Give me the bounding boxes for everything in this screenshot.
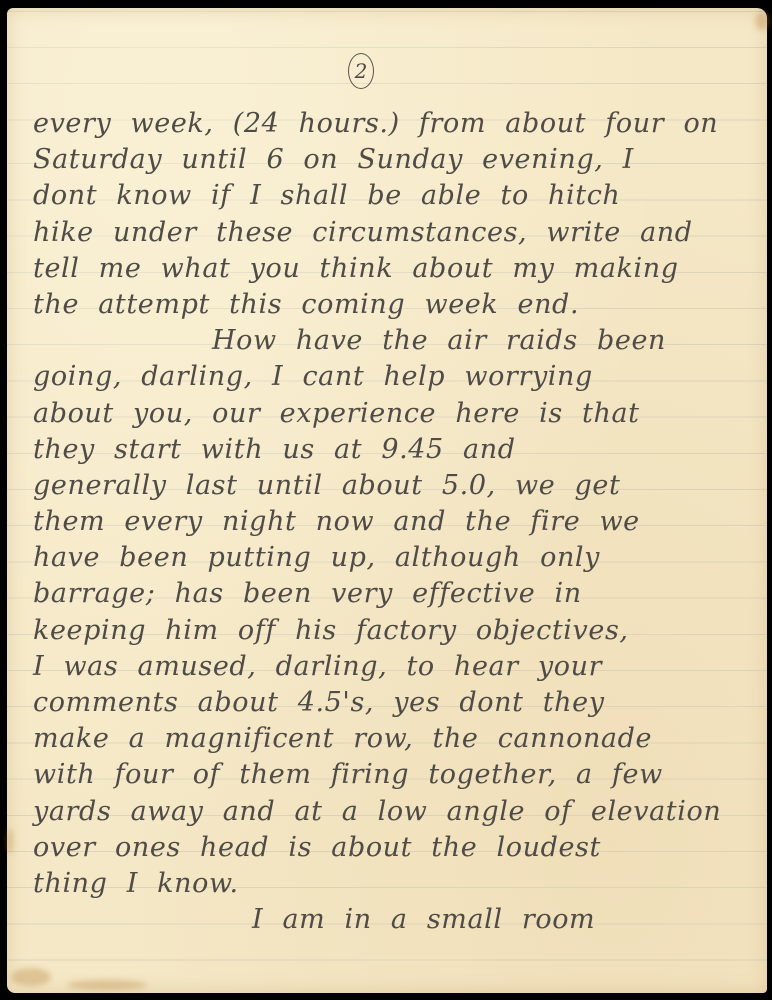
text-line: Saturday until 6 on Sunday evening, I bbox=[7, 142, 767, 178]
text-line: hike under these circumstances, write an… bbox=[7, 215, 767, 251]
text-line: keeping him off his factory objectives, bbox=[7, 613, 767, 649]
page-number-circled: 2 bbox=[348, 53, 374, 89]
text-line: they start with us at 9.45 and bbox=[7, 432, 767, 468]
text-line: the attempt this coming week end. bbox=[7, 287, 767, 323]
paper-stain bbox=[755, 12, 769, 30]
text-line: thing I know. bbox=[7, 866, 767, 902]
text-line: make a magnificent row, the cannonade bbox=[7, 721, 767, 757]
letter-body: every week, (24 hours.) from about four … bbox=[7, 106, 767, 938]
paper-stain bbox=[11, 968, 51, 986]
paper-stain bbox=[67, 980, 147, 990]
text-line-paragraph-start: I am in a small room bbox=[7, 902, 767, 938]
text-line: have been putting up, although only bbox=[7, 540, 767, 576]
text-line: dont know if I shall be able to hitch bbox=[7, 178, 767, 214]
text-line: generally last until about 5.0, we get bbox=[7, 468, 767, 504]
text-line: over ones head is about the loudest bbox=[7, 830, 767, 866]
letter-page: 2 every week, (24 hours.) from about fou… bbox=[7, 8, 767, 993]
text-line: every week, (24 hours.) from about four … bbox=[7, 106, 767, 142]
text-line: yards away and at a low angle of elevati… bbox=[7, 794, 767, 830]
text-line: comments about 4.5's, yes dont they bbox=[7, 685, 767, 721]
text-line: tell me what you think about my making bbox=[7, 251, 767, 287]
text-line: about you, our experience here is that bbox=[7, 396, 767, 432]
text-line: barrage; has been very effective in bbox=[7, 576, 767, 612]
text-line: them every night now and the fire we bbox=[7, 504, 767, 540]
text-line: I was amused, darling, to hear your bbox=[7, 649, 767, 685]
text-line-paragraph-start: How have the air raids been bbox=[7, 323, 767, 359]
text-line: with four of them firing together, a few bbox=[7, 757, 767, 793]
text-line: going, darling, I cant help worrying bbox=[7, 359, 767, 395]
